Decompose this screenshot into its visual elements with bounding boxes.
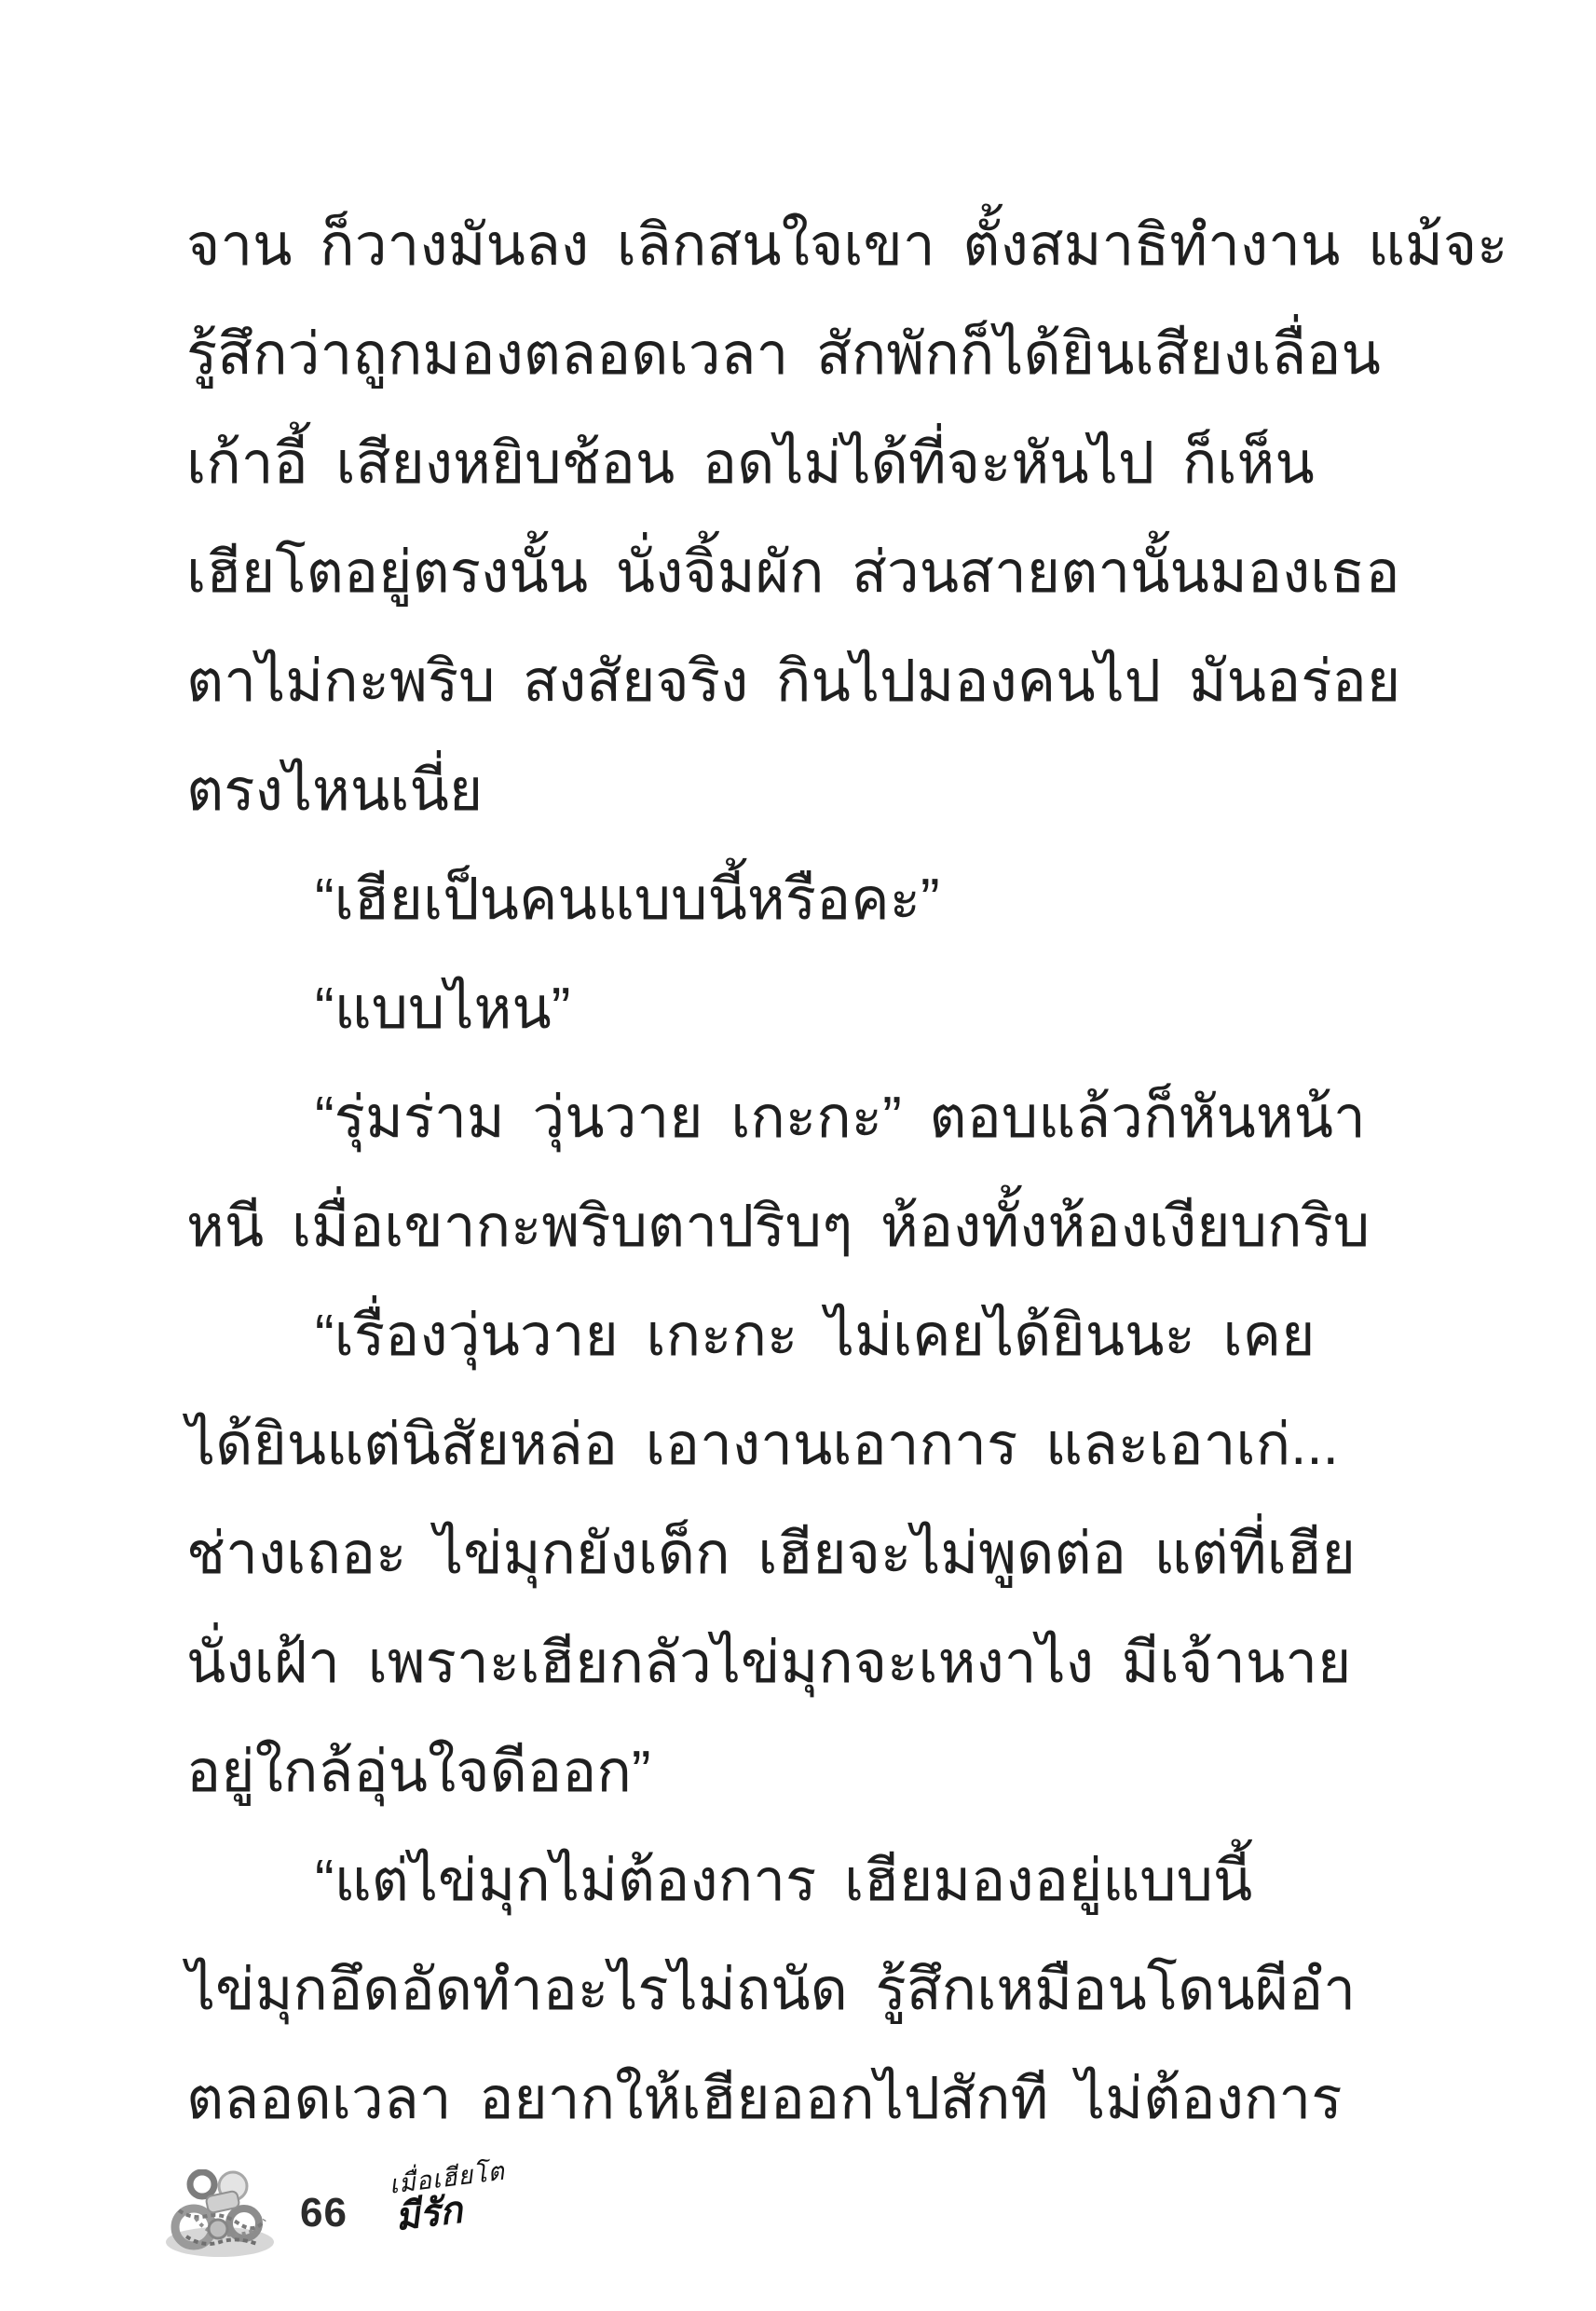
text-line-dialogue: “รุ่มร่าม วุ่นวาย เกะกะ” ตอบแล้วก็หันหน้…	[186, 1063, 1388, 1172]
text-line-dialogue: “แบบไหน”	[186, 954, 1388, 1063]
text-line: ได้ยินแต่นิสัยหล่อ เอางานเอาการ และเอาเก…	[186, 1390, 1388, 1499]
book-page: จาน ก็วางมันลง เลิกสนใจเขา ตั้งสมาธิทำงา…	[0, 0, 1596, 2311]
body-text: จาน ก็วางมันลง เลิกสนใจเขา ตั้งสมาธิทำงา…	[186, 191, 1388, 2154]
text-line: เฮียโตอยู่ตรงนั้น นั่งจิ้มผัก ส่วนสายตาน…	[186, 518, 1388, 627]
text-line: เก้าอี้ เสียงหยิบช้อน อดไม่ได้ที่จะหันไป…	[186, 409, 1388, 518]
text-line: ตาไม่กะพริบ สงสัยจริง กินไปมองคนไป มันอร…	[186, 627, 1388, 736]
text-line: ช่างเถอะ ไข่มุกยังเด็ก เฮียจะไม่พูดต่อ แ…	[186, 1499, 1388, 1608]
text-line: ไข่มุกอึดอัดทำอะไรไม่ถนัด รู้สึกเหมือนโด…	[186, 1935, 1388, 2044]
series-title-logo: เมื่อเฮียโต มีรัก	[388, 2159, 511, 2237]
text-line: อยู่ใกล้อุ่นใจดีออก”	[186, 1717, 1388, 1826]
text-line-dialogue: “เรื่องวุ่นวาย เกะกะ ไม่เคยได้ยินนะ เคย	[186, 1281, 1388, 1390]
text-line: นั่งเฝ้า เพราะเฮียกลัวไข่มุกจะเหงาไง มีเ…	[186, 1608, 1388, 1717]
jewelry-photo-icon	[158, 2169, 281, 2259]
text-line: จาน ก็วางมันลง เลิกสนใจเขา ตั้งสมาธิทำงา…	[186, 191, 1388, 300]
series-title-line2: มีรัก	[393, 2185, 512, 2236]
page-footer: 66 เมื่อเฮียโต มีรัก	[0, 2143, 1596, 2311]
text-line-dialogue: “แต่ไข่มุกไม่ต้องการ เฮียมองอยู่แบบนี้	[186, 1826, 1388, 1935]
page-number: 66	[300, 2190, 365, 2236]
text-line-dialogue: “เฮียเป็นคนแบบนี้หรือคะ”	[186, 845, 1388, 954]
text-line: รู้สึกว่าถูกมองตลอดเวลา สักพักก็ได้ยินเส…	[186, 300, 1388, 409]
text-line: ตรงไหนเนี่ย	[186, 736, 1388, 845]
text-line: หนี เมื่อเขากะพริบตาปริบๆ ห้องทั้งห้องเง…	[186, 1172, 1388, 1281]
text-line: ตลอดเวลา อยากให้เฮียออกไปสักที ไม่ต้องกา…	[186, 2044, 1388, 2154]
